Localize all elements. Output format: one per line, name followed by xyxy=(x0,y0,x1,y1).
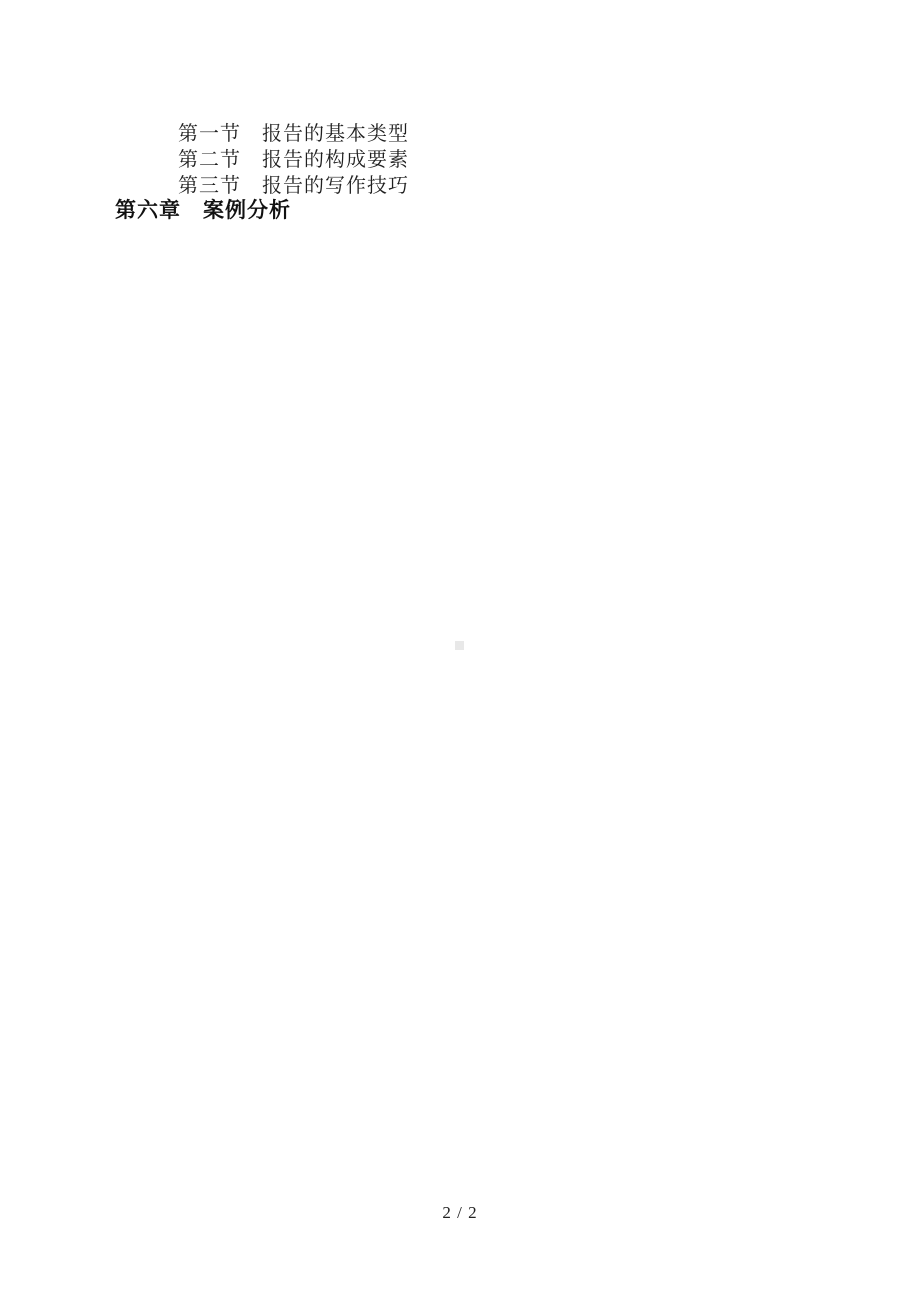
page-footer: 2 / 2 xyxy=(0,1203,920,1223)
image-placeholder xyxy=(455,641,464,650)
document-page: 第一节 报告的基本类型 第二节 报告的构成要素 第三节 报告的写作技巧 第六章 … xyxy=(0,0,920,1302)
page-number: 2 / 2 xyxy=(442,1203,477,1222)
chapter-heading: 第六章 案例分析 xyxy=(115,197,291,224)
toc-line-section-1: 第一节 报告的基本类型 xyxy=(178,121,409,147)
toc-line-section-3: 第三节 报告的写作技巧 xyxy=(178,173,409,199)
toc-line-section-2: 第二节 报告的构成要素 xyxy=(178,147,409,173)
